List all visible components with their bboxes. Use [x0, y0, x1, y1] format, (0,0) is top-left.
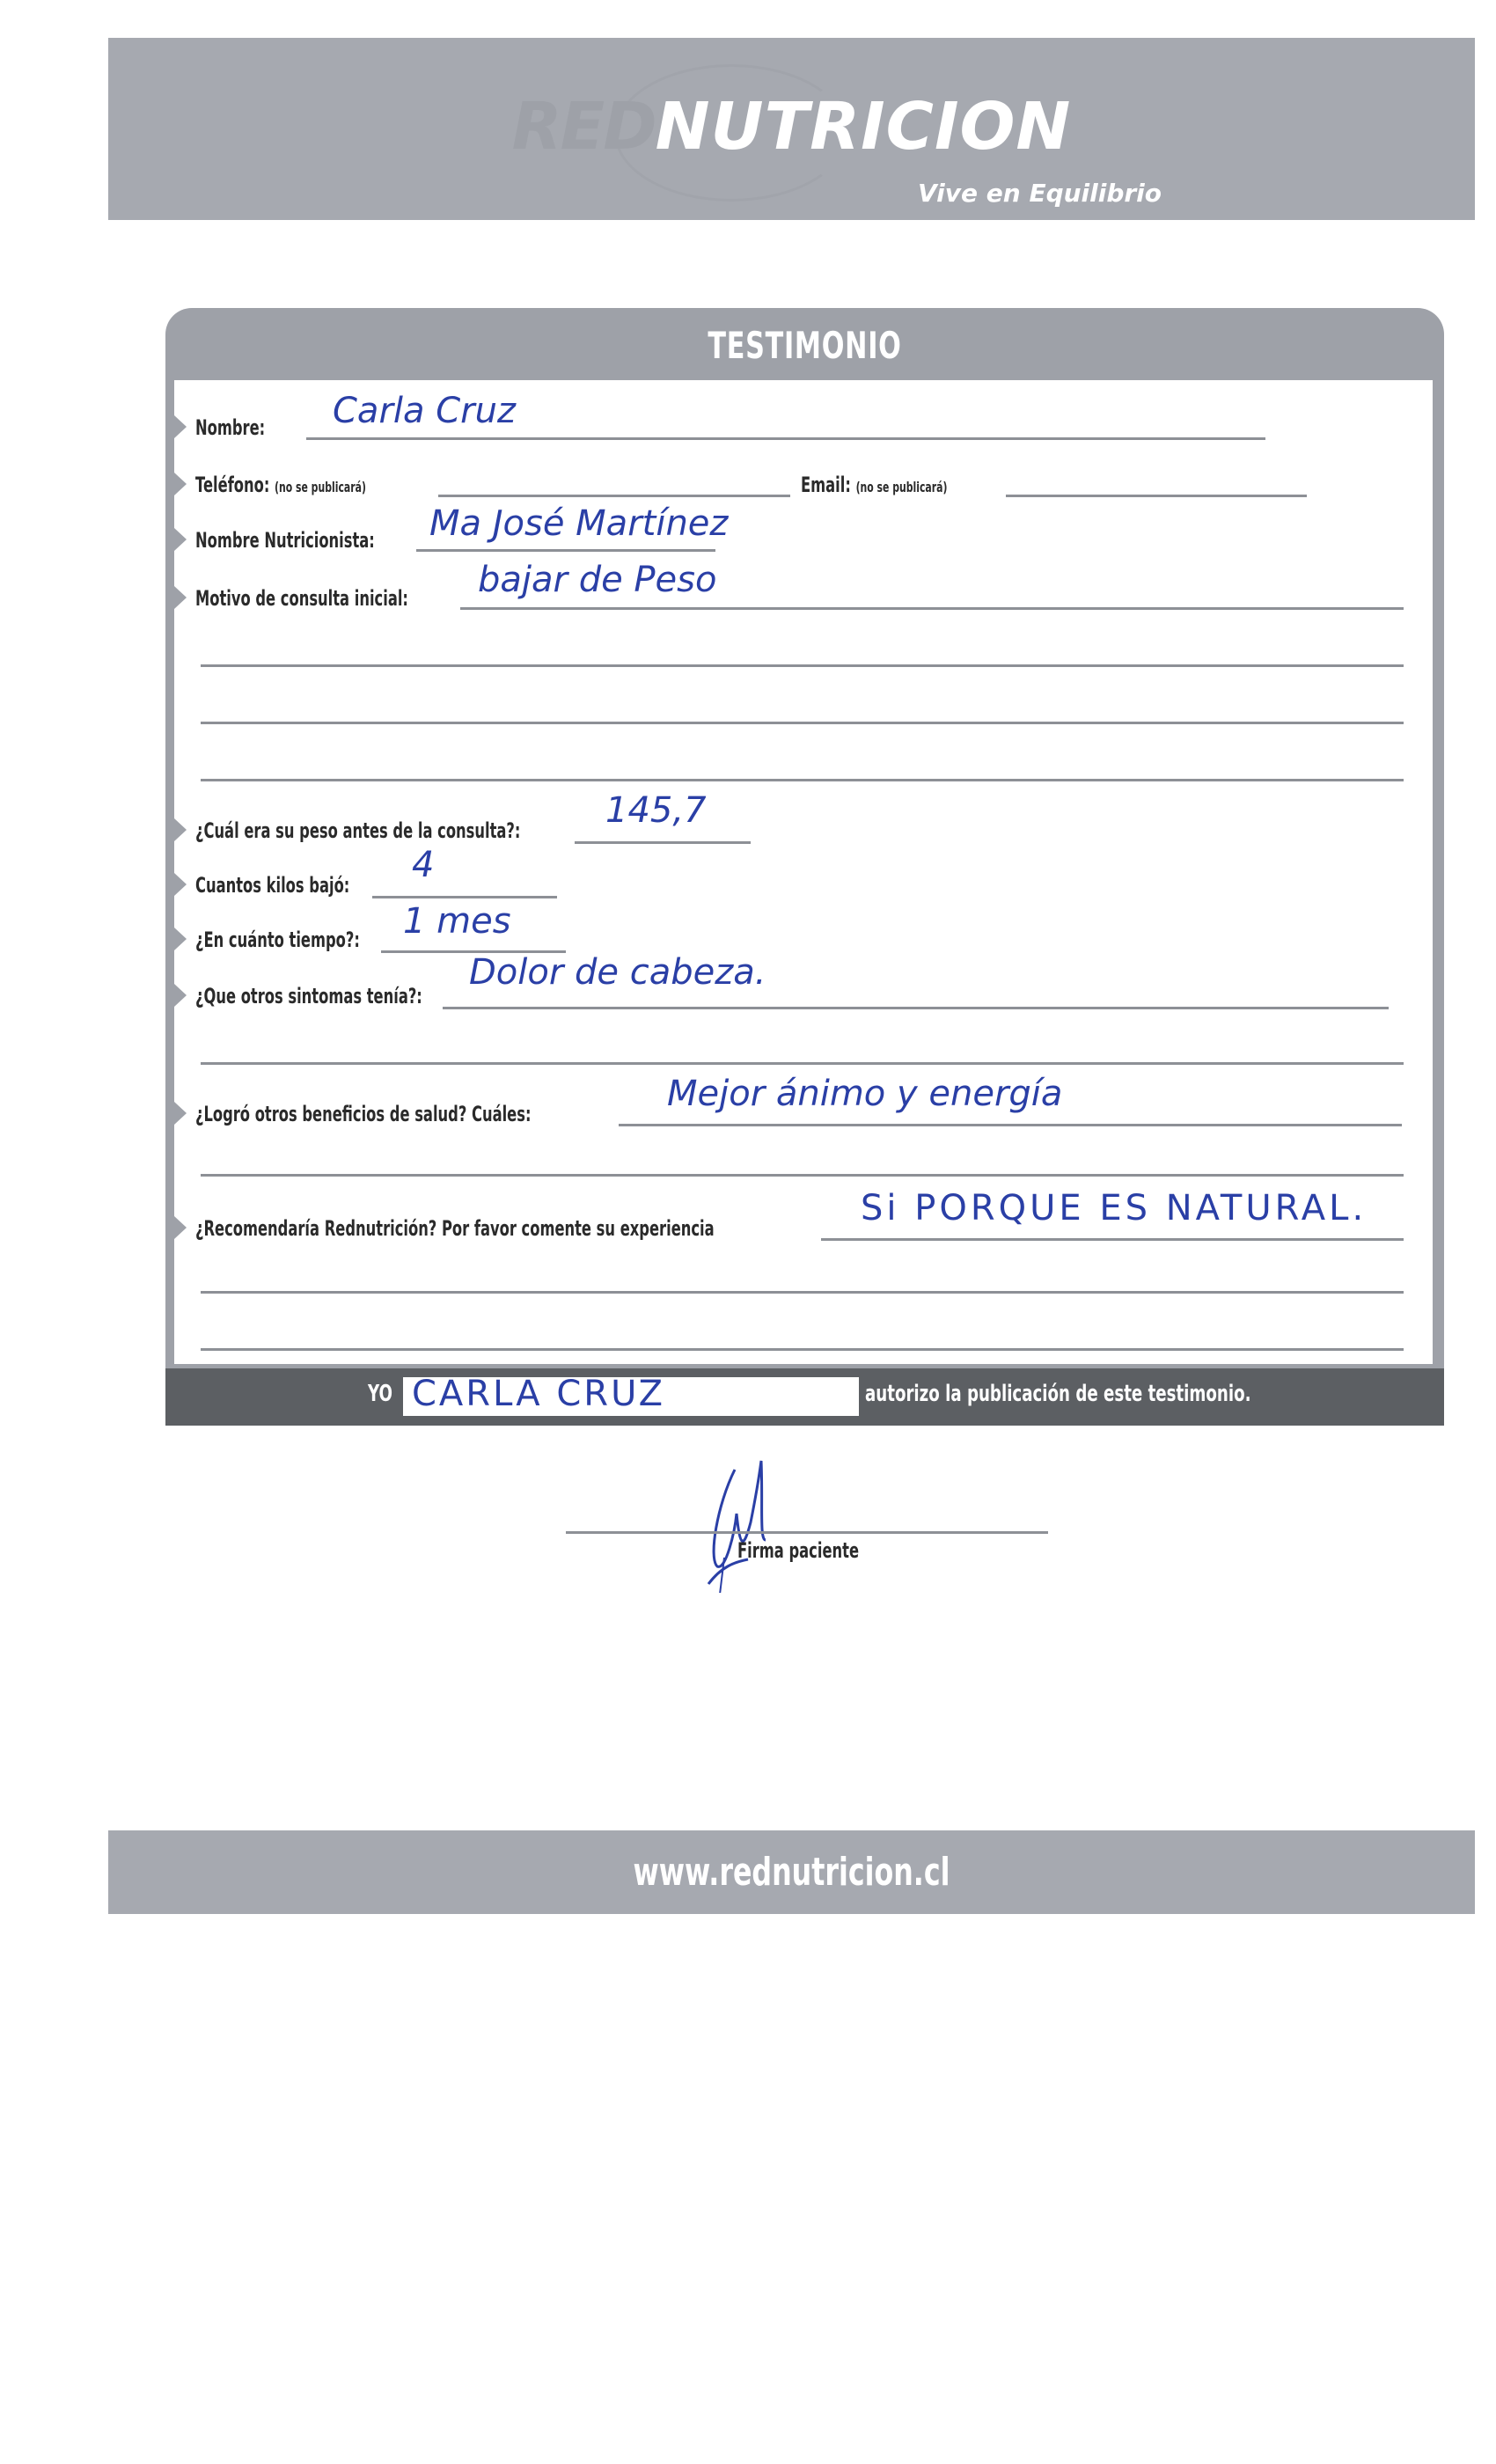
sintomas-label: ¿Que otros sintomas tenía?:	[195, 984, 422, 1008]
nombre-field[interactable]	[306, 437, 1265, 440]
bullet-arrow-icon	[174, 818, 187, 841]
recomendaria-field[interactable]	[821, 1238, 1404, 1241]
authorization-bar: YO CARLA CRUZ autorizo la publicación de…	[165, 1368, 1444, 1426]
header-band: REDNUTRICION Vive en Equilibrio	[108, 38, 1475, 220]
beneficios-label: ¿Logró otros beneficios de salud? Cuáles…	[195, 1102, 532, 1126]
nutricionista-label: Nombre Nutricionista:	[195, 528, 375, 553]
testimonial-form: TESTIMONIO Nombre: Carla Cruz Teléfono: …	[165, 308, 1444, 1426]
beneficios-field[interactable]	[619, 1124, 1402, 1126]
telefono-label: Teléfono: (no se publicará)	[195, 473, 366, 497]
bullet-arrow-icon	[174, 528, 187, 551]
beneficios-value: Mejor ánimo y energía	[667, 1074, 1062, 1114]
tiempo-value: 1 mes	[403, 901, 511, 942]
kilos-value: 4	[412, 845, 434, 885]
bullet-arrow-icon	[174, 1216, 187, 1239]
email-label: Email: (no se publicará)	[801, 473, 947, 497]
brand-main: NUTRICION	[656, 89, 1072, 165]
motivo-label: Motivo de consulta inicial:	[195, 586, 408, 611]
form-body: Nombre: Carla Cruz Teléfono: (no se publ…	[174, 380, 1433, 1364]
motivo-field[interactable]	[460, 607, 1404, 610]
footer-band: www.rednutricion.cl	[108, 1830, 1475, 1914]
tiempo-label: ¿En cuánto tiempo?:	[195, 928, 360, 952]
authorization-prefix: YO	[368, 1381, 392, 1407]
authorization-text: autorizo la publicación de este testimon…	[865, 1381, 1250, 1407]
signature-label: Firma paciente	[737, 1538, 859, 1563]
motivo-extra-line[interactable]	[201, 722, 1404, 724]
bullet-arrow-icon	[174, 928, 187, 950]
brand-logo: REDNUTRICION	[108, 89, 1475, 165]
sintomas-field[interactable]	[443, 1007, 1389, 1009]
kilos-label: Cuantos kilos bajó:	[195, 873, 349, 898]
patient-signature	[682, 1452, 823, 1593]
peso-label: ¿Cuál era su peso antes de la consulta?:	[195, 818, 520, 843]
nombre-label: Nombre:	[195, 415, 265, 440]
recomendaria-extra-line[interactable]	[201, 1348, 1404, 1351]
signature-line[interactable]	[566, 1531, 1048, 1534]
peso-value: 145,7	[605, 790, 707, 831]
nutricionista-value: Ma José Martínez	[429, 503, 728, 544]
bullet-arrow-icon	[174, 984, 187, 1007]
brand-prefix: RED	[512, 89, 656, 165]
authorization-name-value: CARLA CRUZ	[412, 1374, 665, 1414]
sintomas-value: Dolor de cabeza.	[469, 952, 766, 993]
bullet-arrow-icon	[174, 586, 187, 609]
bullet-arrow-icon	[174, 1102, 187, 1125]
peso-field[interactable]	[575, 841, 751, 844]
sintomas-extra-line[interactable]	[201, 1062, 1404, 1065]
email-field[interactable]	[1006, 495, 1307, 497]
motivo-value: bajar de Peso	[478, 560, 716, 600]
motivo-extra-line[interactable]	[201, 779, 1404, 781]
telefono-field[interactable]	[438, 495, 790, 497]
authorization-name-field[interactable]: CARLA CRUZ	[403, 1377, 859, 1416]
recomendaria-label: ¿Recomendaría Rednutrición? Por favor co…	[195, 1216, 715, 1241]
nombre-value: Carla Cruz	[333, 391, 516, 431]
form-title: TESTIMONIO	[344, 324, 1265, 367]
brand-tagline: Vive en Equilibrio	[918, 179, 1162, 208]
bullet-arrow-icon	[174, 415, 187, 438]
website-url[interactable]: www.rednutricion.cl	[299, 1850, 1283, 1895]
motivo-extra-line[interactable]	[201, 664, 1404, 667]
beneficios-extra-line[interactable]	[201, 1174, 1404, 1177]
recomendaria-extra-line[interactable]	[201, 1291, 1404, 1294]
recomendaria-value: Si PORQUE ES NATURAL.	[861, 1188, 1367, 1228]
bullet-arrow-icon	[174, 873, 187, 896]
bullet-arrow-icon	[174, 473, 187, 495]
nutricionista-field[interactable]	[416, 549, 715, 552]
kilos-field[interactable]	[372, 896, 557, 898]
